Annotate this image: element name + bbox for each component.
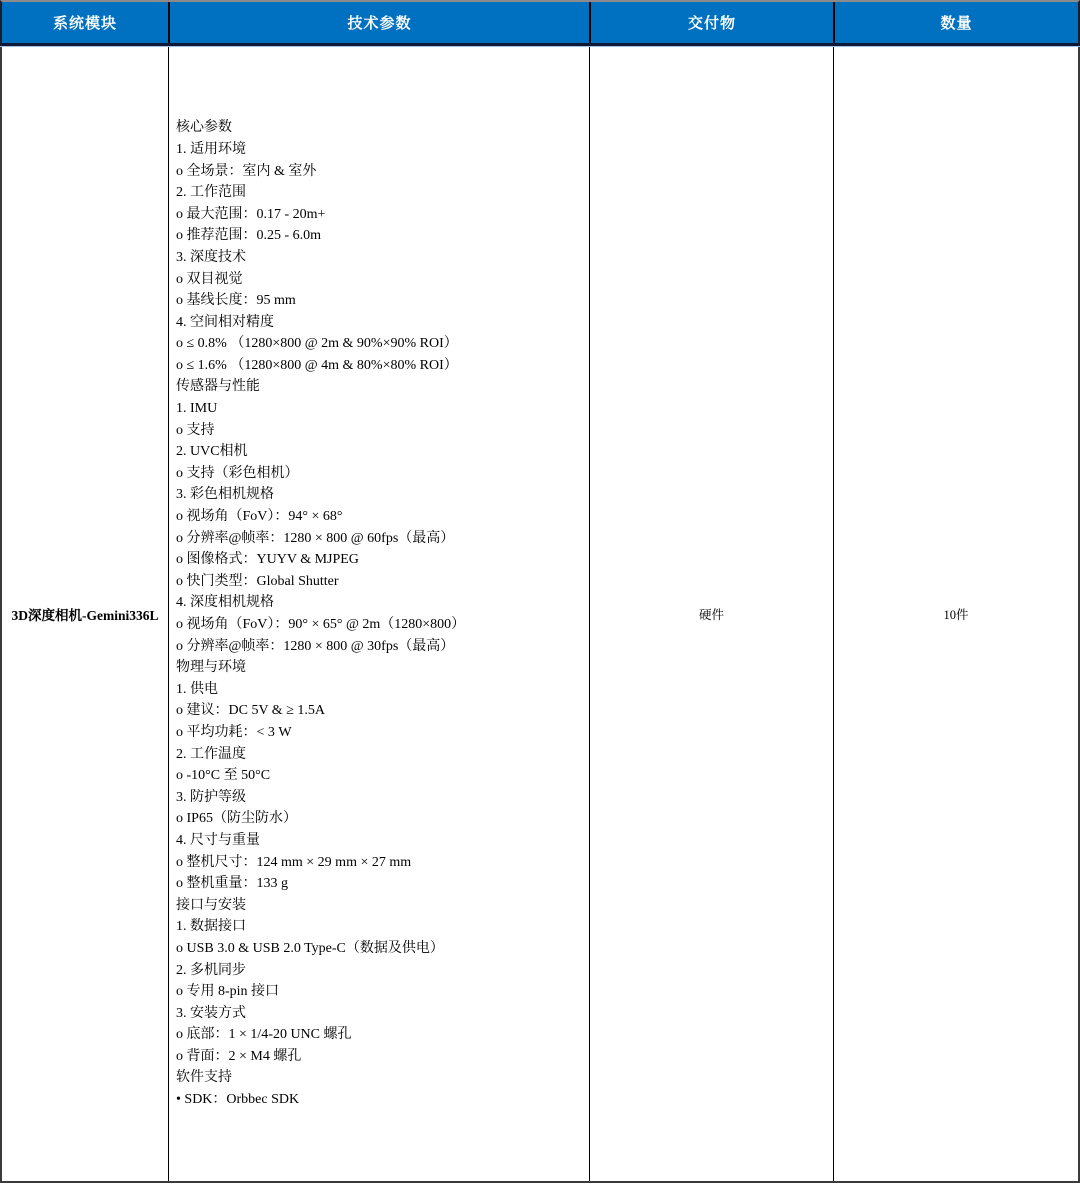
param-line: 2. 多机同步 [176, 960, 465, 982]
param-line: o 推荐范围：0.25 - 6.0m [176, 225, 465, 247]
param-line: 4. 尺寸与重量 [176, 830, 465, 852]
param-line: 3. 彩色相机规格 [176, 484, 465, 506]
param-line: o USB 3.0 & USB 2.0 Type-C（数据及供电） [176, 938, 465, 960]
param-line: o 支持（彩色相机） [176, 463, 465, 485]
param-line: o 视场角（FoV）：90° × 65° @ 2m（1280×800） [176, 614, 465, 636]
column-header-quantity: 数量 [833, 2, 1078, 43]
deliverable-value: 硬件 [699, 605, 724, 623]
parameters-cell: 核心参数1. 适用环境o 全场景：室内 & 室外2. 工作范围o 最大范围：0.… [168, 47, 589, 1181]
param-line: o 最大范围：0.17 - 20m+ [176, 204, 465, 226]
param-line: 1. IMU [176, 398, 465, 420]
param-line: 软件支持 [176, 1067, 465, 1089]
param-line: o 专用 8-pin 接口 [176, 981, 465, 1003]
param-line: o 图像格式：YUYV & MJPEG [176, 549, 465, 571]
param-line: o 双目视觉 [176, 269, 465, 291]
param-line: 1. 供电 [176, 679, 465, 701]
table-row: 3D深度相机-Gemini336L 核心参数1. 适用环境o 全场景：室内 & … [0, 47, 1080, 1183]
param-line: o 整机尺寸：124 mm × 29 mm × 27 mm [176, 852, 465, 874]
param-line: • SDK：Orbbec SDK [176, 1089, 465, 1111]
table-header-row: 系统模块 技术参数 交付物 数量 [0, 0, 1080, 46]
param-line: o 支持 [176, 420, 465, 442]
column-header-system-module: 系统模块 [2, 2, 168, 43]
param-line: 3. 安装方式 [176, 1003, 465, 1025]
param-line: o 快门类型：Global Shutter [176, 571, 465, 593]
column-header-technical-parameters: 技术参数 [168, 2, 589, 43]
param-line: 4. 空间相对精度 [176, 312, 465, 334]
param-line: o -10°C 至 50°C [176, 765, 465, 787]
param-line: o ≤ 0.8% （1280×800 @ 2m & 90%×90% ROI） [176, 333, 465, 355]
param-line: o 背面：2 × M4 螺孔 [176, 1046, 465, 1068]
param-line: 接口与安装 [176, 895, 465, 917]
param-line: 4. 深度相机规格 [176, 592, 465, 614]
param-line: o 建议：DC 5V & ≥ 1.5A [176, 700, 465, 722]
param-line: 1. 数据接口 [176, 916, 465, 938]
param-line: 2. UVC相机 [176, 441, 465, 463]
param-line: 核心参数 [176, 117, 465, 139]
parameters-list: 核心参数1. 适用环境o 全场景：室内 & 室外2. 工作范围o 最大范围：0.… [169, 117, 469, 1110]
param-line: o ≤ 1.6% （1280×800 @ 4m & 80%×80% ROI） [176, 355, 465, 377]
quantity-cell: 10件 [833, 47, 1078, 1181]
module-cell: 3D深度相机-Gemini336L [2, 47, 168, 1181]
param-line: o IP65（防尘防水） [176, 808, 465, 830]
param-line: o 分辨率@帧率：1280 × 800 @ 30fps（最高） [176, 636, 465, 658]
column-header-deliverable: 交付物 [589, 2, 833, 43]
param-line: o 视场角（FoV）：94° × 68° [176, 506, 465, 528]
param-line: 物理与环境 [176, 657, 465, 679]
param-line: 1. 适用环境 [176, 139, 465, 161]
param-line: 3. 深度技术 [176, 247, 465, 269]
param-line: o 分辨率@帧率：1280 × 800 @ 60fps（最高） [176, 528, 465, 550]
param-line: o 平均功耗：< 3 W [176, 722, 465, 744]
module-name: 3D深度相机-Gemini336L [12, 604, 159, 624]
param-line: 2. 工作温度 [176, 744, 465, 766]
param-line: 3. 防护等级 [176, 787, 465, 809]
param-line: 传感器与性能 [176, 376, 465, 398]
quantity-value: 10件 [943, 605, 968, 623]
param-line: o 整机重量：133 g [176, 873, 465, 895]
param-line: o 底部：1 × 1/4-20 UNC 螺孔 [176, 1024, 465, 1046]
deliverable-cell: 硬件 [589, 47, 833, 1181]
spec-table: 系统模块 技术参数 交付物 数量 3D深度相机-Gemini336L 核心参数1… [0, 0, 1080, 1183]
param-line: o 全场景：室内 & 室外 [176, 161, 465, 183]
param-line: 2. 工作范围 [176, 182, 465, 204]
param-line: o 基线长度：95 mm [176, 290, 465, 312]
